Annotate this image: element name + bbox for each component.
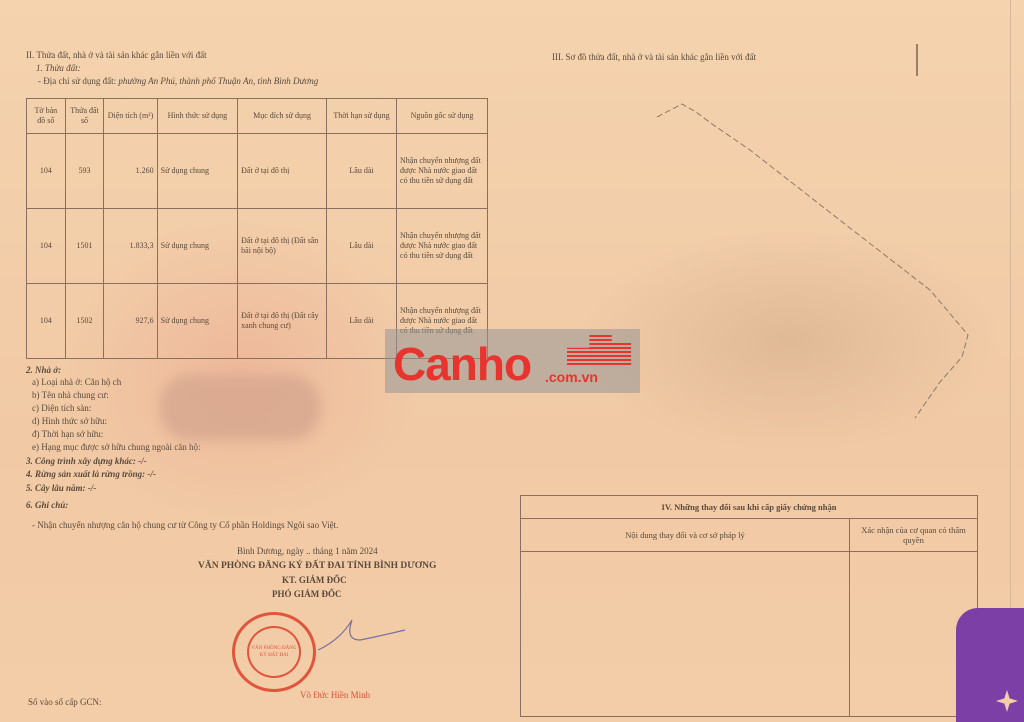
col-change-content: Nội dung thay đổi và cơ sở pháp lý <box>521 519 850 552</box>
signer-name: Võ Đức Hiền Minh <box>300 690 370 701</box>
section-3-title: III. Sơ đồ thửa đất, nhà ở và tài sản kh… <box>552 52 756 63</box>
watermark-domain: .com.vn <box>545 369 598 385</box>
watermark-brand: Canho <box>393 341 531 387</box>
canho-watermark: Canho .com.vn <box>385 329 640 393</box>
floating-app-badge[interactable] <box>956 608 1024 722</box>
col-authority-confirmation: Xác nhận của cơ quan có thẩm quyền <box>850 519 978 552</box>
change-content-cell <box>521 552 850 717</box>
book-number: Số vào sổ cấp GCN: <box>28 697 102 708</box>
changes-table: IV. Những thay đổi sau khi cấp giấy chứn… <box>520 495 978 717</box>
section-4-title: IV. Những thay đổi sau khi cấp giấy chứn… <box>521 496 978 519</box>
building-logo-icon <box>567 335 631 367</box>
